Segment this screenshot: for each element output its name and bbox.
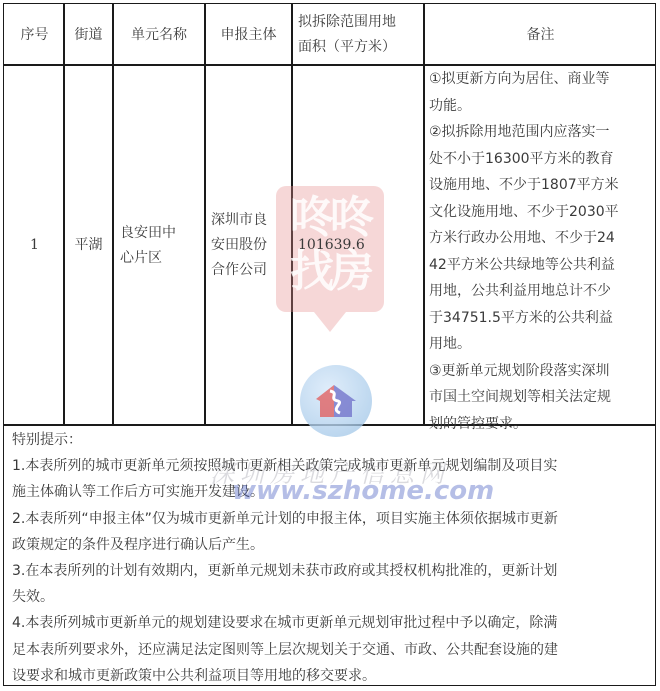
header-demolition-area: 拟拆除范围用地 面积（平方米） xyxy=(298,5,424,65)
note-line: ②拟拆除用地范围内应落实一 xyxy=(429,119,653,146)
header-index: 序号 xyxy=(5,5,64,65)
notice-line: 足本表所列要求外，还应满足法定图则等上层次规划关于交通、市政、公共配套设施的建 xyxy=(12,637,652,663)
note-line: 功能。 xyxy=(429,93,653,120)
row-index: 1 xyxy=(5,66,64,425)
note-line: 用地，公共利益用地总计不少 xyxy=(429,278,653,305)
note-line: 方米行政办公用地、不少于24 xyxy=(429,225,653,252)
header-area-line-1: 拟拆除范围用地 xyxy=(298,10,396,35)
note-line: 于34751.5平方米的公共利益 xyxy=(429,305,653,332)
note-line: 文化设施用地、不少于2030平 xyxy=(429,199,653,226)
column-divider xyxy=(204,4,206,425)
row-unit-name: 良安田中 心片区 xyxy=(120,66,204,425)
applicant-line: 合作公司 xyxy=(211,258,267,283)
notice-line: 设要求和城市更新政策中公共利益项目等用地的移交要求。 xyxy=(12,663,652,689)
notice-line: 3.在本表所列的计划有效期内，更新单元规划未获市政府或其授权机构批准的，更新计划 xyxy=(12,558,652,584)
unit-name-line: 良安田中 xyxy=(120,221,176,246)
note-line: 42平方米公共绿地等公共利益 xyxy=(429,252,653,279)
header-street: 街道 xyxy=(64,5,113,65)
note-line: 市国土空间规划等相关法定规 xyxy=(429,384,653,411)
note-line: ③更新单元规划阶段落实深圳 xyxy=(429,358,653,385)
row-applicant: 深圳市良 安田股份 合作公司 xyxy=(211,66,291,425)
applicant-line: 安田股份 xyxy=(211,233,267,258)
notice-line: 失效。 xyxy=(12,584,652,610)
header-applicant: 申报主体 xyxy=(205,5,292,65)
note-line: 处不小于16300平方米的教育 xyxy=(429,146,653,173)
header-notes: 备注 xyxy=(425,5,656,65)
notice-line: 2.本表所列“申报主体”仅为城市更新单元计划的申报主体，项目实施主体须依据城市更… xyxy=(12,506,652,532)
site-url-watermark: www.szhome.com xyxy=(232,476,494,506)
notice-line: 政策规定的条件及程序进行确认后产生。 xyxy=(12,532,652,558)
notice-line: 4.本表所列城市更新单元的规划建设要求在城市更新单元规划审批过程中予以确定，除满 xyxy=(12,610,652,636)
note-line: 用地。 xyxy=(429,331,653,358)
note-line: 设施用地、不少于1807平方米 xyxy=(429,172,653,199)
notice-title: 特别提示： xyxy=(12,427,652,453)
house-icon xyxy=(314,383,358,419)
unit-name-line: 心片区 xyxy=(120,246,162,271)
row-street: 平湖 xyxy=(64,66,113,425)
header-area-line-2: 面积（平方米） xyxy=(298,35,396,60)
note-line: ①拟更新方向为居住、商业等 xyxy=(429,66,653,93)
applicant-line: 深圳市良 xyxy=(211,208,267,233)
header-unit-name: 单元名称 xyxy=(113,5,205,65)
row-notes: ①拟更新方向为居住、商业等 功能。 ②拟拆除用地范围内应落实一 处不小于1630… xyxy=(429,66,653,437)
